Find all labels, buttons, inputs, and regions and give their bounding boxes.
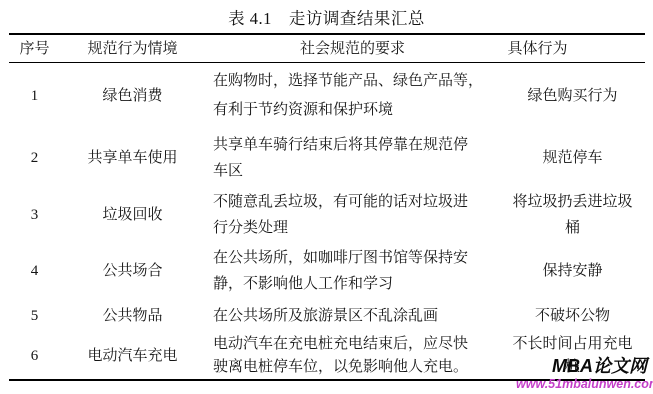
watermark-site-name: MBA论文网: [552, 352, 647, 378]
cell-no: 1: [9, 83, 60, 109]
cell-context: 垃圾回收: [60, 202, 205, 228]
cell-behavior: 规范停车: [500, 145, 645, 171]
column-header-no: 序号: [9, 36, 60, 62]
cell-behavior: 保持安静: [500, 258, 645, 284]
cell-no: 3: [9, 202, 60, 228]
cell-requirement: 电动汽车在充电桩充电结束后，应尽快 驶离电桩停车位，以免影响他人充电。: [205, 333, 500, 379]
cell-context: 公共物品: [60, 303, 205, 329]
document-page: 表 4.1 走访调查结果汇总 序号 规范行为情境 社会规范的要求 具体行为 1 …: [0, 0, 653, 394]
cell-behavior: 将垃圾扔丢进垃圾 桶: [500, 189, 645, 241]
cell-requirement: 在公共场所，如咖啡厅图书馆等保持安 静，不影响他人工作和学习: [205, 245, 500, 297]
table-row: 2 共享单车使用 共享单车骑行结束后将其停靠在规范停 车区 规范停车: [9, 129, 645, 186]
cell-behavior: 不破坏公物: [500, 303, 645, 329]
cell-requirement: 在公共场所及旅游景区不乱涂乱画: [205, 303, 500, 329]
table-row: 5 公共物品 在公共场所及旅游景区不乱涂乱画 不破坏公物: [9, 299, 645, 333]
column-header-requirement: 社会规范的要求: [205, 36, 500, 62]
cell-no: 4: [9, 258, 60, 284]
cell-context: 共享单车使用: [60, 145, 205, 171]
column-header-behavior: 具体行为: [500, 36, 645, 62]
watermark-site-url: www.51mbalunwen.com: [516, 377, 653, 391]
cell-context: 绿色消费: [60, 83, 205, 109]
cell-no: 6: [9, 345, 60, 368]
table-header-row: 序号 规范行为情境 社会规范的要求 具体行为: [9, 35, 645, 63]
table-row: 6 电动汽车充电 电动汽车在充电桩充电结束后，应尽快 驶离电桩停车位，以免影响他…: [9, 333, 645, 379]
table-row: 4 公共场合 在公共场所，如咖啡厅图书馆等保持安 静，不影响他人工作和学习 保持…: [9, 243, 645, 299]
cell-behavior: 绿色购买行为: [500, 83, 645, 109]
cell-requirement: 共享单车骑行结束后将其停靠在规范停 车区: [205, 132, 500, 184]
cell-no: 5: [9, 303, 60, 329]
table-row: 3 垃圾回收 不随意乱丢垃圾，有可能的话对垃圾进 行分类处理 将垃圾扔丢进垃圾 …: [9, 186, 645, 243]
column-header-context: 规范行为情境: [60, 36, 205, 62]
table-caption: 表 4.1 走访调查结果汇总: [0, 5, 653, 29]
cell-context: 公共场合: [60, 258, 205, 284]
survey-results-table: 序号 规范行为情境 社会规范的要求 具体行为 1 绿色消费 在购物时，选择节能产…: [9, 33, 645, 381]
cell-requirement: 不随意乱丢垃圾，有可能的话对垃圾进 行分类处理: [205, 189, 500, 241]
table-row: 1 绿色消费 在购物时，选择节能产品、绿色产品等， 有利于节约资源和保护环境 绿…: [9, 63, 645, 129]
cell-no: 2: [9, 145, 60, 171]
cell-requirement: 在购物时，选择节能产品、绿色产品等， 有利于节约资源和保护环境: [205, 67, 500, 125]
cell-context: 电动汽车充电: [60, 345, 205, 368]
